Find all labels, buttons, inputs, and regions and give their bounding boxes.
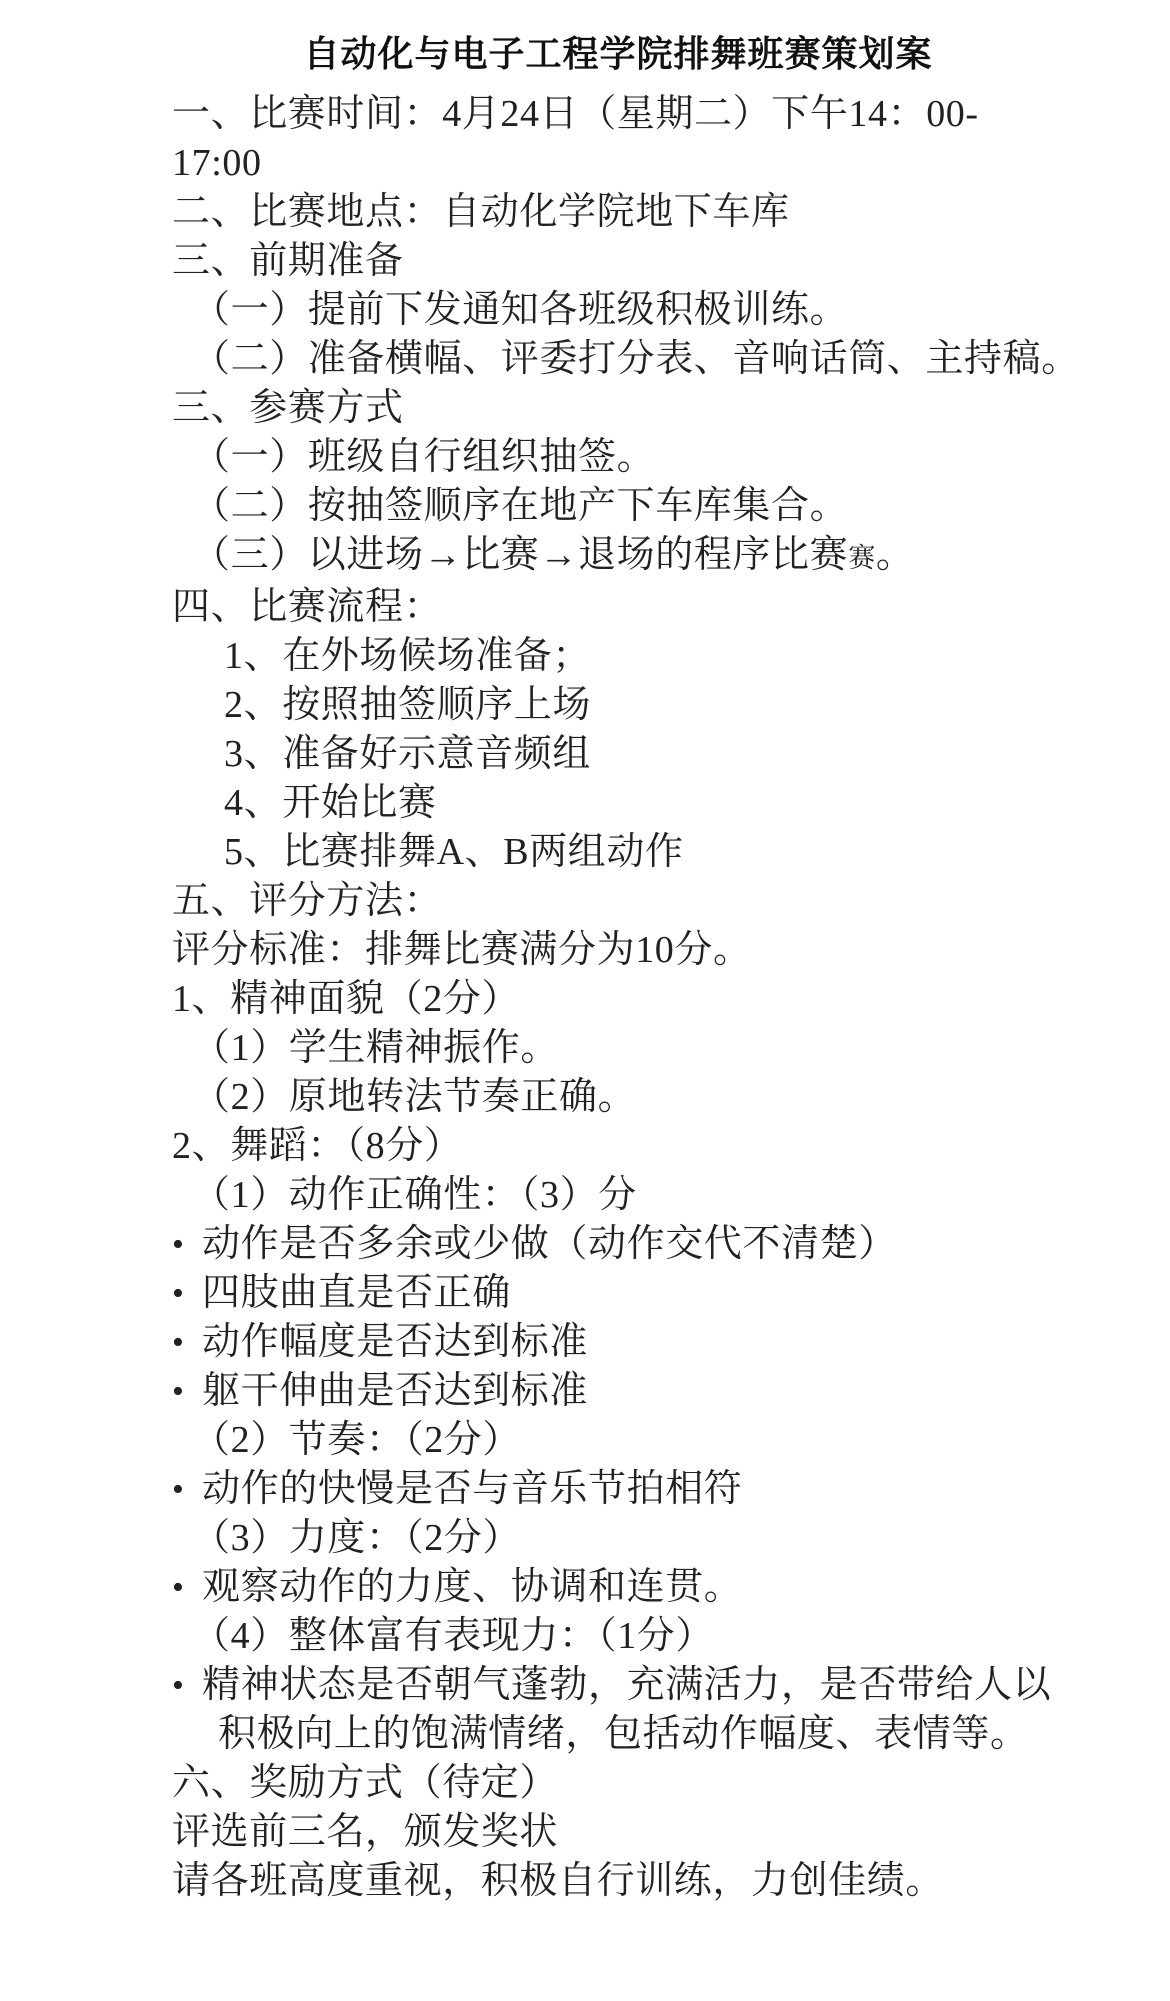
document-title: 自动化与电子工程学院排舞班赛策划案 xyxy=(106,26,1130,82)
document-line: 一、比赛时间：4月24日（星期二）下午14：00- xyxy=(172,90,1082,139)
line-text: 2、按照抽签顺序上场 xyxy=(224,684,591,726)
line-text: 三、前期准备 xyxy=(172,240,404,282)
bullet-line: •动作幅度是否达到标准 xyxy=(172,1318,1082,1367)
line-text: （二）按抽签顺序在地产下车库集合。 xyxy=(192,485,848,527)
document-line: 4、开始比赛 xyxy=(172,779,1082,828)
document-line: 1、精神面貌（2分） xyxy=(172,975,1082,1024)
bullet-line: •四肢曲直是否正确 xyxy=(172,1269,1082,1318)
document-line: （二）准备横幅、评委打分表、音响话筒、主持稿。 xyxy=(172,335,1082,384)
document-line: （1）学生精神振作。 xyxy=(172,1024,1082,1073)
bullet-line: •动作的快慢是否与音乐节拍相符 xyxy=(172,1465,1082,1514)
document-line: （三）以进场→比赛→退场的程序比赛赛。 xyxy=(172,531,1082,583)
line-text: 四肢曲直是否正确 xyxy=(202,1272,511,1314)
document-line: （2）原地转法节奏正确。 xyxy=(172,1073,1082,1122)
document-line: 评选前三名，颁发奖状 xyxy=(172,1808,1082,1857)
document-line: 请各班高度重视，积极自行训练，力创佳绩。 xyxy=(172,1857,1082,1906)
line-text: （三）以进场→比赛→退场的程序比赛 xyxy=(192,534,848,576)
line-text: 动作幅度是否达到标准 xyxy=(202,1321,588,1363)
line-text: 一、比赛时间：4月24日（星期二）下午14：00- xyxy=(172,93,979,135)
document-line: 3、准备好示意音频组 xyxy=(172,730,1082,779)
document-line: （1）动作正确性：（3）分 xyxy=(172,1171,1082,1220)
line-text: 请各班高度重视，积极自行训练，力创佳绩。 xyxy=(172,1860,944,1902)
line-text: 评选前三名，颁发奖状 xyxy=(172,1811,558,1853)
bullet-line: •精神状态是否朝气蓬勃，充满活力，是否带给人以积极向上的饱满情绪，包括动作幅度、… xyxy=(172,1661,1082,1759)
line-text: 五、评分方法： xyxy=(172,880,442,922)
line-text: 二、比赛地点：自动化学院地下车库 xyxy=(172,191,790,233)
document-line: （2）节奏：（2分） xyxy=(172,1416,1082,1465)
line-text: （2）原地转法节奏正确。 xyxy=(192,1076,636,1118)
document-page: 自动化与电子工程学院排舞班赛策划案 一、比赛时间：4月24日（星期二）下午14：… xyxy=(0,0,1170,1906)
bullet-icon: • xyxy=(172,1465,202,1514)
line-text: 评分标准：排舞比赛满分为10分。 xyxy=(172,929,752,971)
document-line: 二、比赛地点：自动化学院地下车库 xyxy=(172,188,1082,237)
line-text: （二）准备横幅、评委打分表、音响话筒、主持稿。 xyxy=(192,338,1080,380)
document-line: 5、比赛排舞A、B两组动作 xyxy=(172,828,1082,877)
line-text: （一）班级自行组织抽签。 xyxy=(192,436,655,478)
document-line: 2、按照抽签顺序上场 xyxy=(172,681,1082,730)
document-line: 17:00 xyxy=(172,139,1082,188)
document-line: （一）班级自行组织抽签。 xyxy=(172,433,1082,482)
line-text: 动作是否多余或少做（动作交代不清楚） xyxy=(202,1223,897,1265)
line-text: 3、准备好示意音频组 xyxy=(224,733,591,775)
document-line: 评分标准：排舞比赛满分为10分。 xyxy=(172,926,1082,975)
line-text: 1、精神面貌（2分） xyxy=(172,978,520,1020)
line-text: （2）节奏：（2分） xyxy=(192,1419,521,1461)
line-text: 5、比赛排舞A、B两组动作 xyxy=(224,831,684,873)
line-text-tail: 。 xyxy=(876,534,915,576)
bullet-line: •躯干伸曲是否达到标准 xyxy=(172,1367,1082,1416)
document-line: 四、比赛流程： xyxy=(172,583,1082,632)
bullet-icon: • xyxy=(172,1661,202,1710)
document-line: 1、在外场候场准备； xyxy=(172,632,1082,681)
bullet-icon: • xyxy=(172,1269,202,1318)
document-line: （一）提前下发通知各班级积极训练。 xyxy=(172,286,1082,335)
document-line: 六、奖励方式（待定） xyxy=(172,1759,1082,1808)
document-line: 2、舞蹈：（8分） xyxy=(172,1122,1082,1171)
bullet-line: •观察动作的力度、协调和连贯。 xyxy=(172,1563,1082,1612)
line-text: （1）学生精神振作。 xyxy=(192,1027,559,1069)
line-text: 四、比赛流程： xyxy=(172,586,442,628)
document-body: 一、比赛时间：4月24日（星期二）下午14：00-17:00二、比赛地点：自动化… xyxy=(172,90,1082,1906)
document-line: 三、前期准备 xyxy=(172,237,1082,286)
bullet-icon: • xyxy=(172,1367,202,1416)
line-text: （4）整体富有表现力：（1分） xyxy=(192,1615,714,1657)
bullet-icon: • xyxy=(172,1220,202,1269)
document-line: （二）按抽签顺序在地产下车库集合。 xyxy=(172,482,1082,531)
line-text: 1、在外场候场准备； xyxy=(224,635,591,677)
line-text: 4、开始比赛 xyxy=(224,782,437,824)
line-text: 观察动作的力度、协调和连贯。 xyxy=(202,1566,742,1608)
line-text: （一）提前下发通知各班级积极训练。 xyxy=(192,289,848,331)
small-text: 赛 xyxy=(848,543,876,573)
line-text: 三、参赛方式 xyxy=(172,387,404,429)
bullet-icon: • xyxy=(172,1563,202,1612)
line-text: 精神状态是否朝气蓬勃，充满活力，是否带给人以积极向上的饱满情绪，包括动作幅度、表… xyxy=(202,1664,1051,1755)
line-text: 动作的快慢是否与音乐节拍相符 xyxy=(202,1468,742,1510)
document-line: 三、参赛方式 xyxy=(172,384,1082,433)
line-text: 17:00 xyxy=(172,142,262,184)
document-line: （4）整体富有表现力：（1分） xyxy=(172,1612,1082,1661)
line-text: 六、奖励方式（待定） xyxy=(172,1762,558,1804)
line-text: （1）动作正确性：（3）分 xyxy=(192,1174,637,1216)
document-line: （3）力度：（2分） xyxy=(172,1514,1082,1563)
line-text: （3）力度：（2分） xyxy=(192,1517,521,1559)
line-text: 躯干伸曲是否达到标准 xyxy=(202,1370,588,1412)
line-text: 2、舞蹈：（8分） xyxy=(172,1125,462,1167)
bullet-icon: • xyxy=(172,1318,202,1367)
bullet-line: •动作是否多余或少做（动作交代不清楚） xyxy=(172,1220,1082,1269)
document-line: 五、评分方法： xyxy=(172,877,1082,926)
